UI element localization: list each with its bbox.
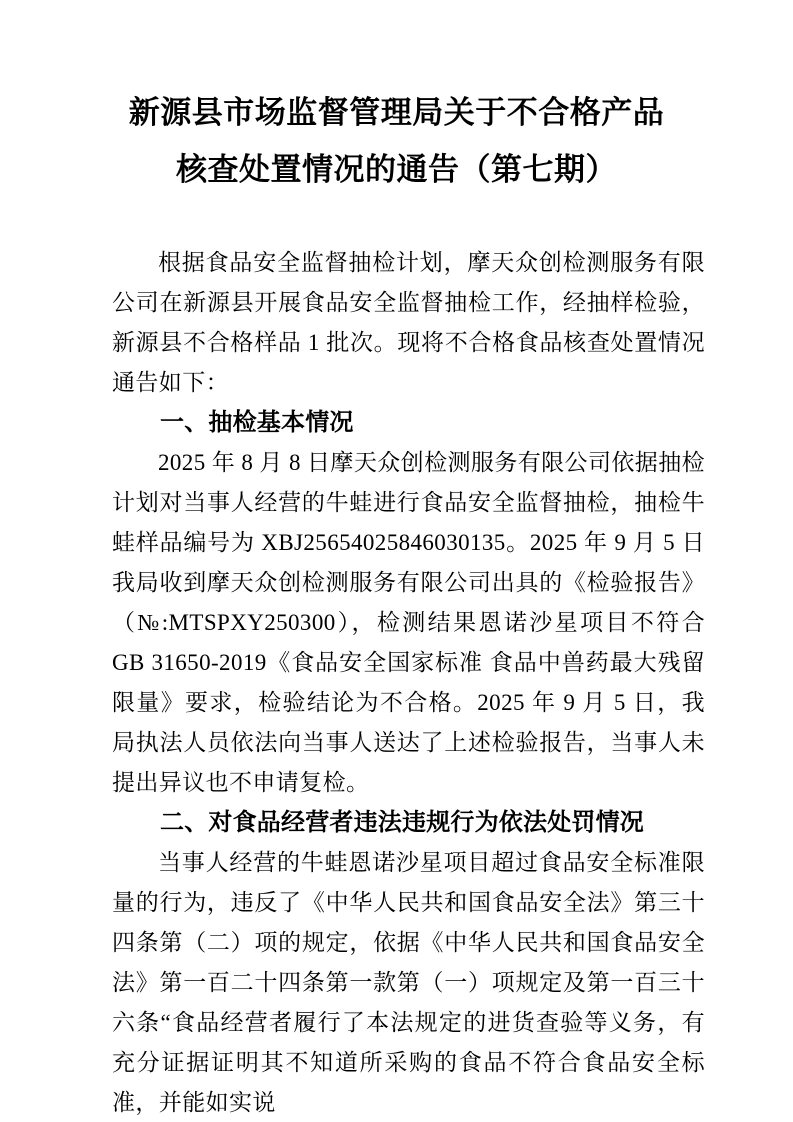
document-title-line-1: 新源县市场监督管理局关于不合格产品 xyxy=(129,95,665,130)
section-2-heading: 二、对食品经营者违法违规行为依法处罚情况 xyxy=(112,803,705,843)
section-1-paragraph: 2025 年 8 月 8 日摩天众创检测服务有限公司依据抽检计划对当事人经营的牛… xyxy=(112,443,705,803)
document-body: 根据食品安全监督抽检计划，摩天众创检测服务有限公司在新源县开展食品安全监督抽检工… xyxy=(112,243,705,1122)
document-title-line-2: 核查处置情况的通告（第七期） xyxy=(176,152,617,187)
section-2-paragraph: 当事人经营的牛蛙恩诺沙星项目超过食品安全标准限量的行为，违反了《中华人民共和国食… xyxy=(112,843,705,1122)
document-title: 新源县市场监督管理局关于不合格产品 核查处置情况的通告（第七期） xyxy=(60,84,733,198)
section-1-heading: 一、抽检基本情况 xyxy=(112,403,705,443)
document-page: 新源县市场监督管理局关于不合格产品 核查处置情况的通告（第七期） 根据食品安全监… xyxy=(0,0,793,1122)
intro-paragraph: 根据食品安全监督抽检计划，摩天众创检测服务有限公司在新源县开展食品安全监督抽检工… xyxy=(112,243,705,403)
